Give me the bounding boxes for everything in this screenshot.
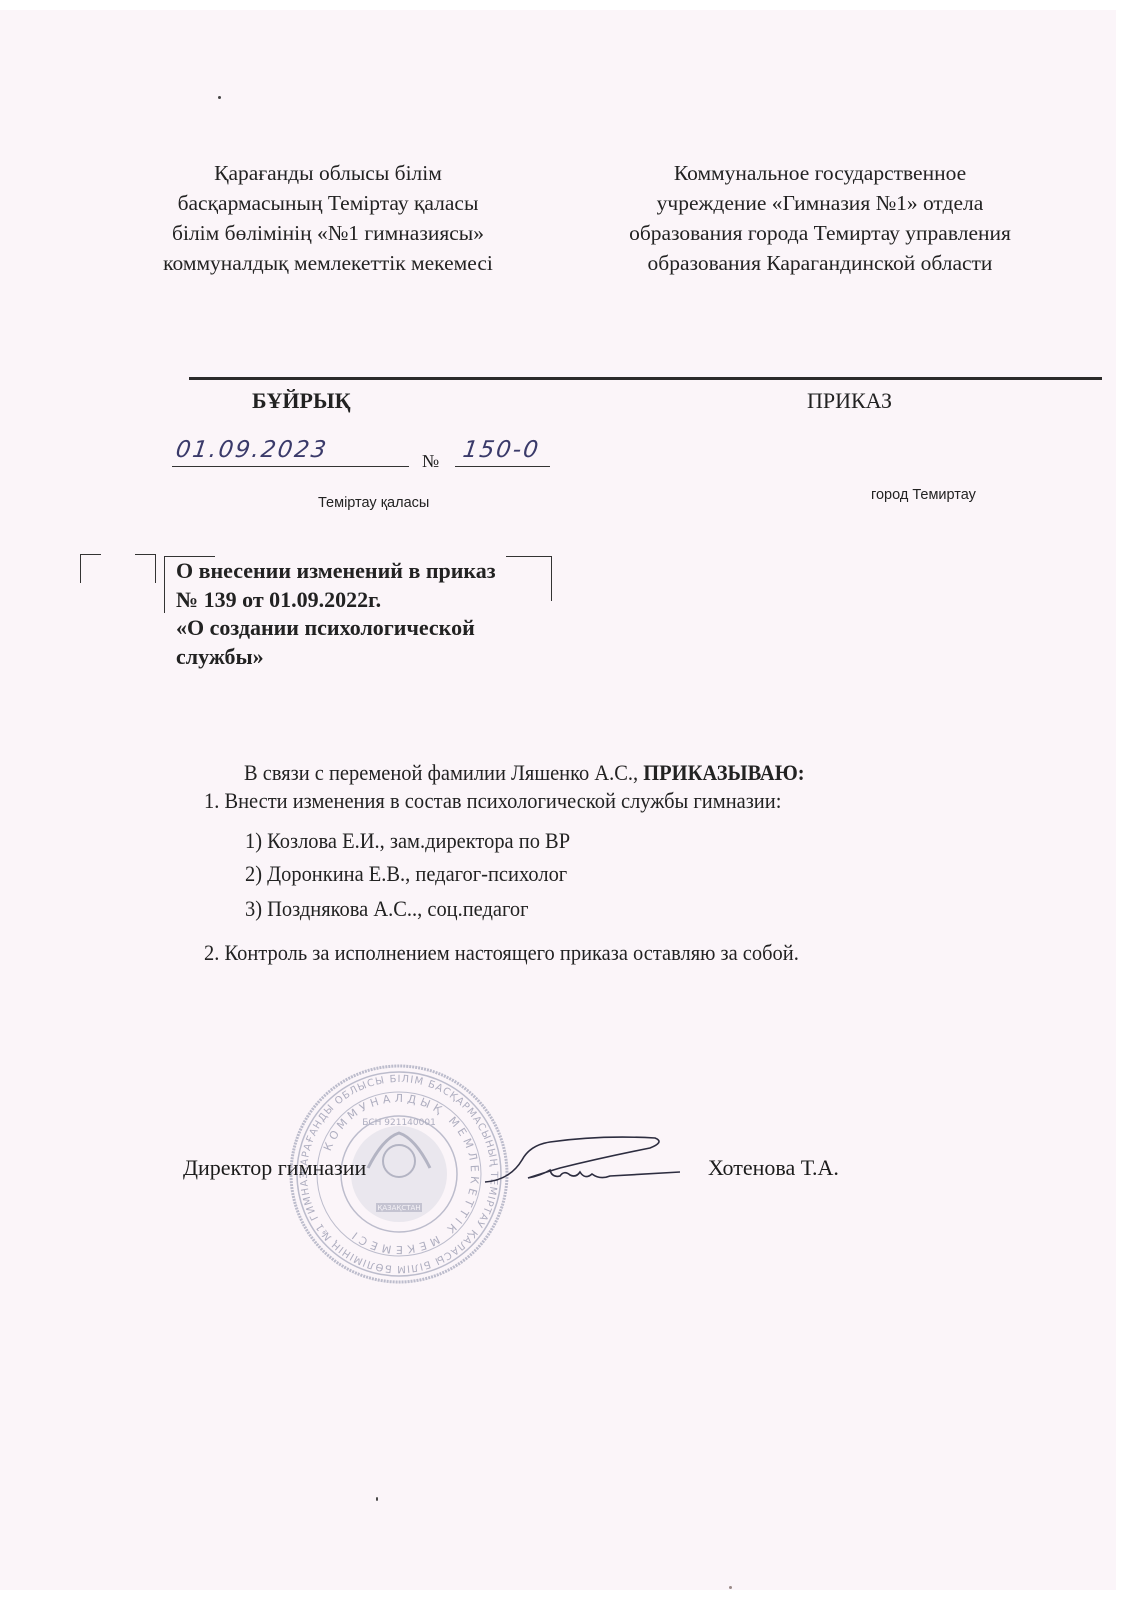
subject-line: № 139 от 01.09.2022г.: [176, 586, 576, 615]
org-name-ru-line: Коммунальное государственное: [590, 158, 1050, 188]
handwritten-signature-icon: [480, 1120, 680, 1200]
city-kz: Теміртау қаласы: [318, 495, 429, 511]
scan-speck: [376, 1497, 378, 1501]
subject-line: «О создании психологической: [176, 614, 576, 643]
org-name-ru: Коммунальное государственное учреждение …: [590, 158, 1050, 278]
scan-speck: [218, 96, 221, 99]
org-name-kz-line: Қарағанды облысы білім: [108, 158, 548, 188]
city-ru: город Темиртау: [871, 487, 976, 503]
org-name-ru-line: образования города Темиртау управления: [590, 218, 1050, 248]
org-name-kz: Қарағанды облысы білім басқармасының Тем…: [108, 158, 548, 278]
order-preamble: В связи с переменой фамилии Ляшенко А.С.…: [244, 760, 805, 786]
svg-text:ҚАЗАҚСТАН: ҚАЗАҚСТАН: [377, 1204, 420, 1212]
member-item: 3) Позднякова А.С.., соц.педагог: [245, 896, 529, 922]
document-title-kz: БҰЙРЫҚ: [252, 388, 351, 414]
preamble-text: В связи с переменой фамилии Ляшенко А.С.…: [244, 760, 638, 785]
number-underline: [455, 466, 550, 467]
bracket-corner-icon: [80, 554, 101, 583]
order-item-2: 2. Контроль за исполнением настоящего пр…: [204, 940, 799, 966]
svg-text:БСН 921140001: БСН 921140001: [362, 1118, 436, 1128]
header-divider: [189, 377, 1102, 380]
member-item: 2) Доронкина Е.В., педагог-психолог: [245, 861, 567, 887]
date-underline: [172, 466, 409, 467]
org-name-kz-line: білім бөлімінің «№1 гимназиясы»: [108, 218, 548, 248]
org-name-ru-line: образования Карагандинской области: [590, 248, 1050, 278]
preamble-directive: ПРИКАЗЫВАЮ:: [643, 760, 804, 785]
order-subject: О внесении изменений в приказ № 139 от 0…: [176, 557, 576, 671]
order-item-1: 1. Внести изменения в состав психологиче…: [204, 788, 781, 814]
order-number: 150-0: [461, 437, 541, 463]
org-name-ru-line: учреждение «Гимназия №1» отдела: [590, 188, 1050, 218]
document-title-ru: ПРИКАЗ: [807, 388, 892, 414]
bracket-corner-icon: [135, 554, 156, 583]
signatory-name: Хотенова Т.А.: [708, 1155, 839, 1181]
org-name-kz-line: басқармасының Теміртау қаласы: [108, 188, 548, 218]
subject-line: службы»: [176, 643, 576, 672]
scan-speck: [729, 1586, 732, 1589]
member-item: 1) Козлова Е.И., зам.директора по ВР: [245, 828, 570, 854]
order-date: 01.09.2023: [174, 437, 329, 463]
subject-line: О внесении изменений в приказ: [176, 557, 576, 586]
number-sign: №: [422, 451, 439, 472]
signatory-role: Директор гимназии: [183, 1155, 366, 1181]
org-name-kz-line: коммуналдық мемлекеттік мекемесі: [108, 248, 548, 278]
